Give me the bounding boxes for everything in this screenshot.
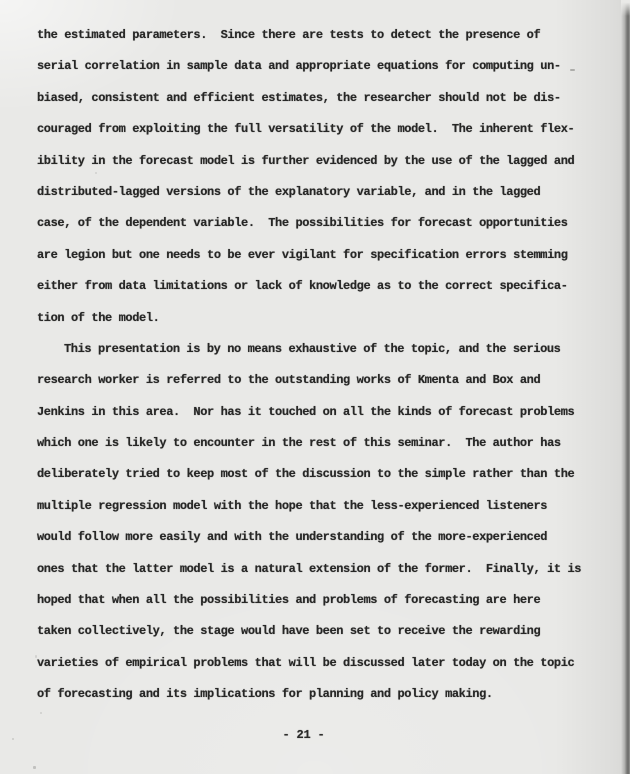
- text-column: the estimated parameters. Since there ar…: [37, 20, 597, 711]
- text-line: case, of the dependent variable. The pos…: [37, 208, 597, 239]
- scan-speck: [12, 738, 14, 740]
- page-number: - 21 -: [37, 728, 570, 742]
- text-line: Jenkins in this area. Nor has it touched…: [37, 397, 597, 428]
- text-line: multiple regression model with the hope …: [37, 491, 597, 522]
- scan-speck: [33, 766, 36, 769]
- scanner-edge-line: [621, 0, 630, 774]
- text-line: distributed-lagged versions of the expla…: [37, 177, 597, 208]
- text-line: biased, consistent and efficient estimat…: [37, 83, 597, 114]
- text-line: ones that the latter model is a natural …: [37, 554, 597, 585]
- text-line: research worker is referred to the outst…: [37, 365, 597, 396]
- text-line: hoped that when all the possibilities an…: [37, 585, 597, 616]
- scan-speck: [40, 712, 42, 714]
- scan-speck: [35, 655, 37, 658]
- scan-speck: [570, 69, 575, 71]
- text-line: ibility in the forecast model is further…: [37, 146, 597, 177]
- paragraph-1: the estimated parameters. Since there ar…: [37, 20, 597, 334]
- paragraph-2: This presentation is by no means exhaust…: [37, 334, 597, 711]
- document-page: the estimated parameters. Since there ar…: [0, 0, 630, 774]
- text-line: are legion but one needs to be ever vigi…: [37, 240, 597, 271]
- text-line: serial correlation in sample data and ap…: [37, 51, 597, 82]
- text-line: tion of the model.: [37, 303, 597, 334]
- text-line: would follow more easily and with the un…: [37, 522, 597, 553]
- text-line: This presentation is by no means exhaust…: [37, 334, 597, 365]
- text-line: which one is likely to encounter in the …: [37, 428, 597, 459]
- text-line: taken collectively, the stage would have…: [37, 616, 597, 647]
- text-line: of forecasting and its implications for …: [37, 679, 597, 710]
- scan-speck: [95, 172, 97, 174]
- text-line: varieties of empirical problems that wil…: [37, 648, 597, 679]
- text-line: couraged from exploiting the full versat…: [37, 114, 597, 145]
- text-line: the estimated parameters. Since there ar…: [37, 20, 597, 51]
- scanner-edge-fade: [621, 0, 630, 16]
- text-line: either from data limitations or lack of …: [37, 271, 597, 302]
- text-line: deliberately tried to keep most of the d…: [37, 459, 597, 490]
